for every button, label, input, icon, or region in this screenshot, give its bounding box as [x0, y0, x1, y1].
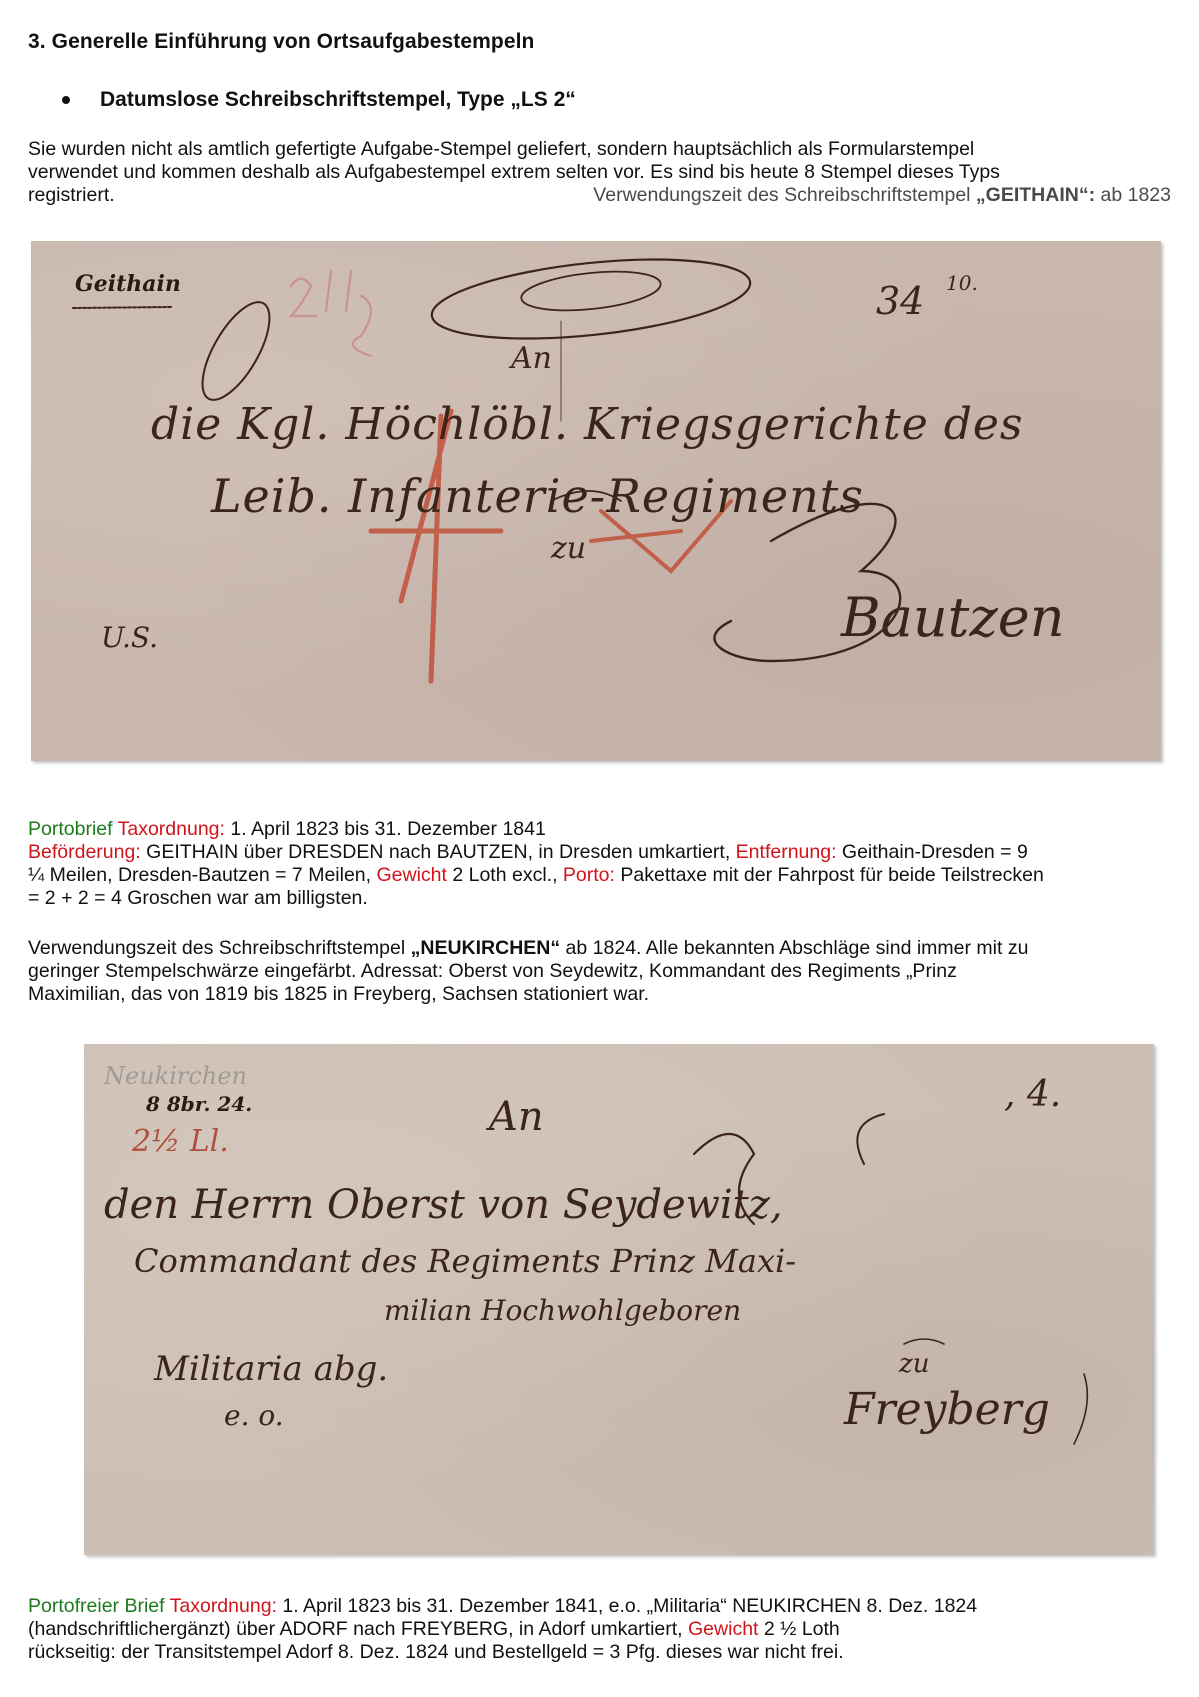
taxordnung-value: 1. April 1823 bis 31. Dezember 1841 — [225, 818, 546, 840]
porto-value: Pakettaxe mit der Fahrpost für beide Tei… — [615, 864, 1044, 886]
label-gewicht: Gewicht — [376, 864, 446, 886]
intro-registered: registriert. — [28, 184, 115, 207]
neukirchen-stamp: Neukirchen — [104, 1062, 247, 1090]
desc1-line-3: ¼ Meilen, Dresden-Bautzen = 7 Meilen, Ge… — [28, 864, 1171, 887]
bullet-icon — [62, 96, 70, 104]
usage-stamp-name: „GEITHAIN“: — [976, 184, 1095, 206]
intro-line-3: registriert. Verwendungszeit des Schreib… — [28, 184, 1171, 207]
cover2-description: Portofreier Brief Taxordnung: 1. April 1… — [28, 1595, 1171, 1664]
cover1-description: Portobrief Taxordnung: 1. April 1823 bis… — [28, 818, 1171, 910]
desc2-line-2: geringer Stempelschwärze eingefärbt. Adr… — [28, 960, 1171, 983]
militaria-note: Militaria abg. — [154, 1349, 388, 1389]
address-zu: zu — [551, 531, 586, 566]
entfernung-value: Geithain-Dresden = 9 — [837, 841, 1028, 863]
letter-type-2: Portofreier Brief — [28, 1595, 165, 1617]
address-line-1-2: den Herrn Oberst von Seydewitz, — [104, 1182, 783, 1228]
desc1-line-4: = 2 + 2 = 4 Groschen war am billigsten. — [28, 887, 1171, 910]
usage-prefix: Verwendungszeit des Schreibschriftstempe… — [593, 184, 976, 206]
address-an-2: An — [489, 1094, 544, 1140]
address-line-1: die Kgl. Höchlöbl. Kriegsgerichte des — [151, 399, 1024, 450]
desc3-line-2: (handschriftlichergänzt) über ADORF nach… — [28, 1618, 1171, 1641]
befoerderung-value: GEITHAIN über DRESDEN nach BAUTZEN, in D… — [141, 841, 736, 863]
intro-paragraph: Sie wurden nicht als amtlich gefertigte … — [28, 138, 1171, 207]
usage-stamp-name-2: „NEUKIRCHEN“ — [411, 937, 561, 959]
label-taxordnung: Taxordnung: — [113, 818, 225, 840]
desc2-line-3: Maximilian, das von 1819 bis 1825 in Fre… — [28, 983, 1171, 1006]
address-line-3-2: milian Hochwohlgeboren — [384, 1294, 741, 1327]
geithain-stamp: Geithain — [75, 271, 181, 297]
taxordnung-value-2: 1. April 1823 bis 31. Dezember 1841, e.o… — [277, 1595, 977, 1617]
rate-mark: 34 — [876, 279, 924, 323]
route-value: (handschriftlichergänzt) über ADORF nach… — [28, 1618, 688, 1640]
neukirchen-usage-paragraph: Verwendungszeit des Schreibschriftstempe… — [28, 937, 1171, 1006]
geithain-usage-note: Verwendungszeit des Schreibschriftstempe… — [593, 184, 1171, 207]
usage-prefix-2: Verwendungszeit des Schreibschriftstempe… — [28, 937, 411, 959]
address-city-2: Freyberg — [844, 1384, 1050, 1435]
rate-sup: 10. — [946, 271, 978, 295]
intro-line-1: Sie wurden nicht als amtlich gefertigte … — [28, 138, 1171, 161]
rate-mark-2: , 4. — [1004, 1074, 1061, 1115]
label-porto: Porto: — [563, 864, 615, 886]
gewicht-value: 2 Loth excl., — [447, 864, 563, 886]
address-city: Bautzen — [841, 586, 1065, 649]
intro-line-2: verwendet und kommen deshalb als Aufgabe… — [28, 161, 1171, 184]
eo-note: e. o. — [224, 1399, 284, 1432]
desc2-line-1: Verwendungszeit des Schreibschriftstempe… — [28, 937, 1171, 960]
gewicht-value-2: 2 ½ Loth — [758, 1618, 839, 1640]
desc1-line-2: Beförderung: GEITHAIN über DRESDEN nach … — [28, 841, 1171, 864]
label-taxordnung-2: Taxordnung: — [165, 1595, 277, 1617]
cover-image-neukirchen: Neukirchen 8 8br. 24. 2½ Ll. , 4. An den… — [84, 1044, 1154, 1555]
desc3-line-1: Portofreier Brief Taxordnung: 1. April 1… — [28, 1595, 1171, 1618]
label-entfernung: Entfernung: — [736, 841, 837, 863]
desc1-line-1: Portobrief Taxordnung: 1. April 1823 bis… — [28, 818, 1171, 841]
desc3-line-3: rückseitig: der Transitstempel Adorf 8. … — [28, 1641, 1171, 1664]
red-weight-note: 2½ Ll. — [132, 1124, 229, 1159]
usage-year: ab 1823 — [1095, 184, 1171, 206]
letter-type: Portobrief — [28, 818, 113, 840]
entfernung-value-cont: ¼ Meilen, Dresden-Bautzen = 7 Meilen, — [28, 864, 376, 886]
address-an: An — [511, 341, 552, 376]
address-line-2: Leib. Infanterie-Regiments — [211, 469, 864, 523]
corner-note: U.S. — [101, 621, 158, 654]
date-note: 8 8br. 24. — [146, 1092, 252, 1116]
label-befoerderung: Beförderung: — [28, 841, 141, 863]
subheading-title: Datumslose Schreibschriftstempel, Type „… — [100, 88, 576, 112]
usage-suffix-2: ab 1824. Alle bekannten Abschläge sind i… — [560, 937, 1028, 959]
section-heading: 3. Generelle Einführung von Ortsaufgabes… — [28, 30, 534, 54]
address-zu-2: zu — [899, 1349, 929, 1379]
label-gewicht-2: Gewicht — [688, 1618, 758, 1640]
address-line-2-2: Commandant des Regiments Prinz Maxi- — [134, 1242, 796, 1280]
cover-image-geithain: Geithain 34 10. An die Kgl. Höchlöbl. Kr… — [31, 241, 1161, 761]
subheading: Datumslose Schreibschriftstempel, Type „… — [62, 88, 576, 112]
